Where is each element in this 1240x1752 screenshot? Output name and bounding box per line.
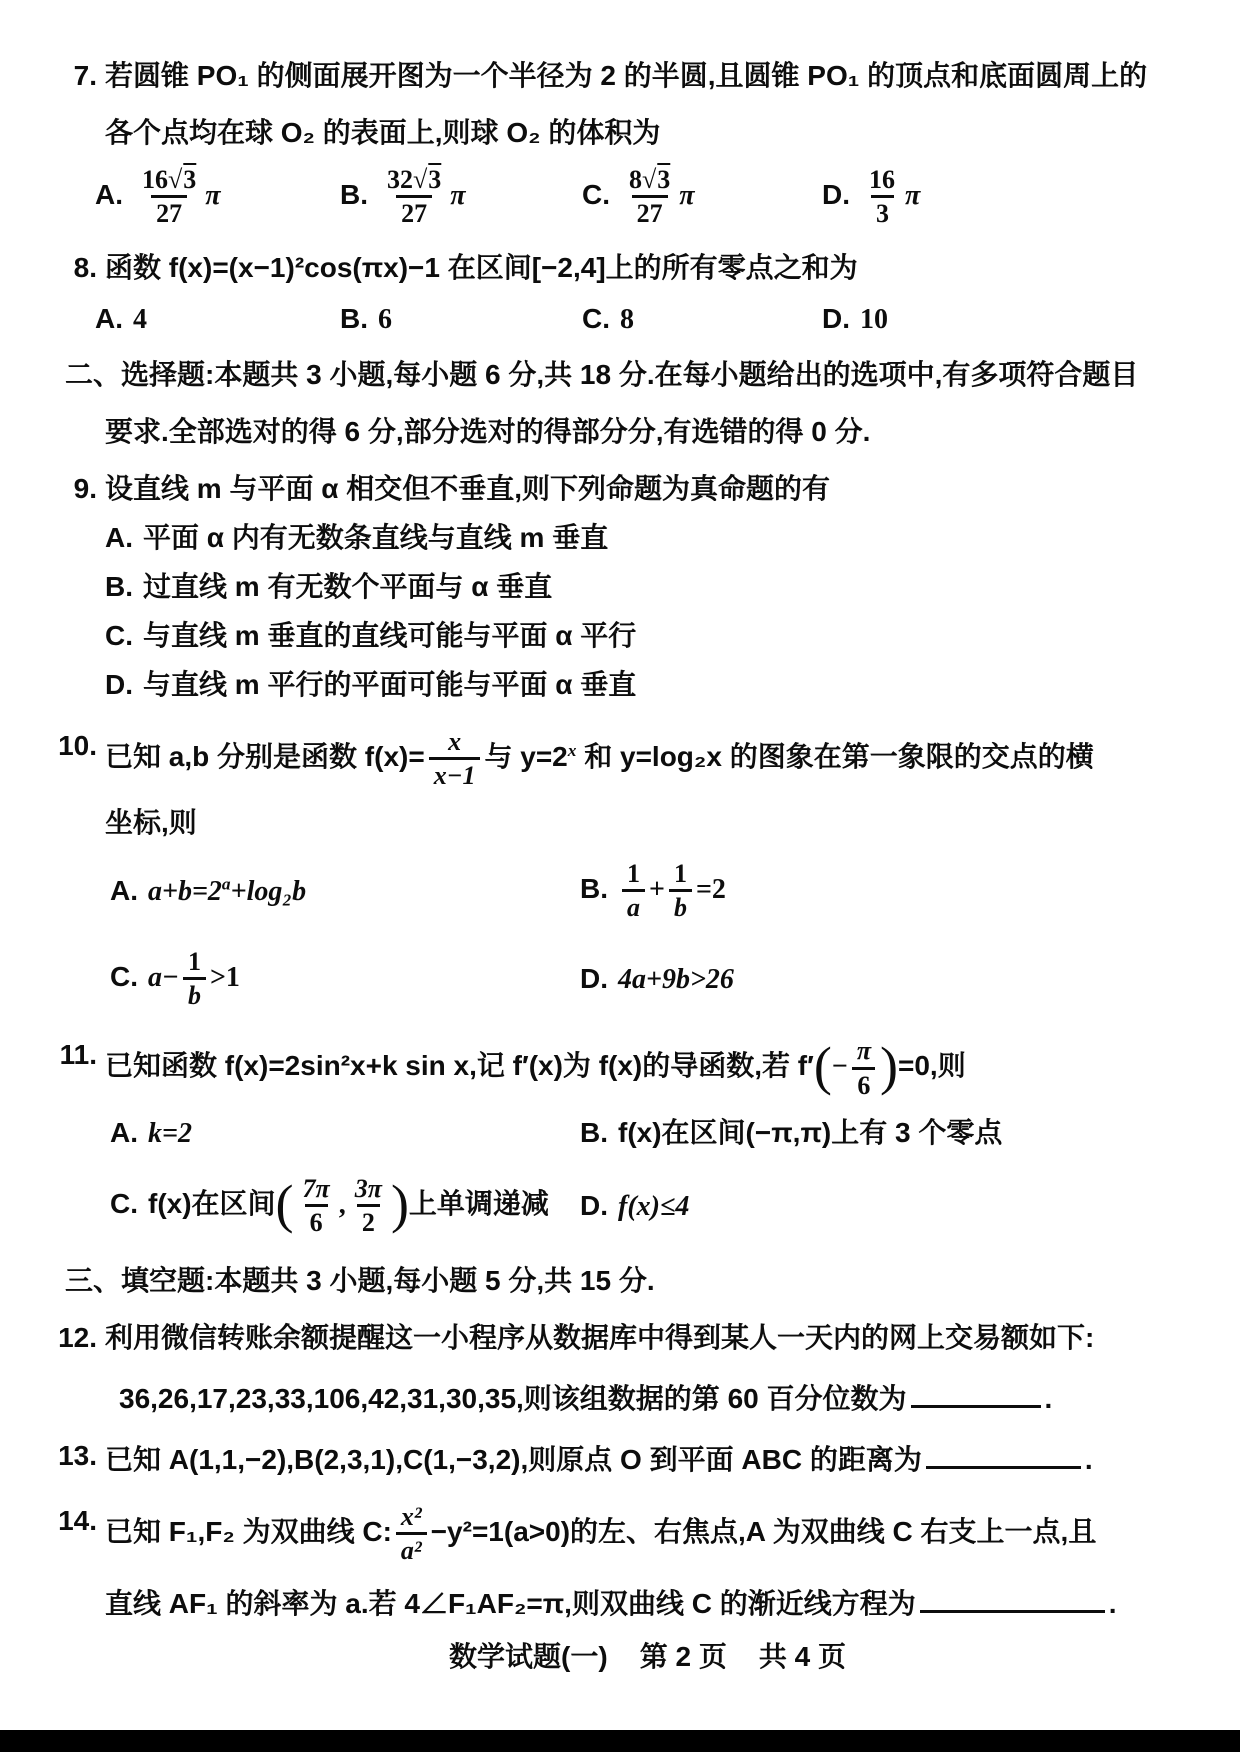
q11-stem-fraction: π6: [852, 1037, 876, 1099]
q11-options-row1: A.k=2 B.f(x)在区间(−π,π)上有 3 个零点: [110, 1115, 1190, 1151]
q8-text: 函数 f(x)=(x−1)²cos(πx)−1 在区间[−2,4]上的所有零点之…: [105, 252, 858, 283]
footer-page: 第 2 页: [640, 1641, 727, 1672]
q10-stem: 10.已知 a,b 分别是函数 f(x)=xx−1与 y=2x 和 y=log₂…: [105, 728, 1190, 790]
section2-header-line2: 要求.全部选对的得 6 分,部分选对的得部分分,有选错的得 0 分.: [105, 414, 1190, 449]
q10-number: 10.: [58, 728, 97, 763]
q8-option-c: C.8: [582, 301, 822, 337]
q10-stem-line2: 坐标,则: [105, 805, 1190, 840]
q8-line: 8.函数 f(x)=(x−1)²cos(πx)−1 在区间[−2,4]上的所有零…: [105, 250, 1190, 285]
q9-option-c: C.与直线 m 垂直的直线可能与平面 α 平行: [105, 618, 1190, 653]
q10-options-row2: C.a−1b>1 D.4a+9b>26: [110, 948, 1190, 1010]
q9-option-d: D.与直线 m 平行的平面可能与平面 α 垂直: [105, 667, 1190, 702]
q14-answer-blank: [920, 1582, 1105, 1613]
q7-text-line2: 各个点均在球 O₂ 的表面上,则球 O₂ 的体积为: [105, 117, 660, 148]
exam-content: 7.若圆锥 PO₁ 的侧面展开图为一个半径为 2 的半圆,且圆锥 PO₁ 的顶点…: [0, 0, 1240, 1674]
q9-text: 设直线 m 与平面 α 相交但不垂直,则下列命题为真命题的有: [105, 473, 830, 504]
q12-line2: 36,26,17,23,33,106,42,31,30,35,则该组数据的第 6…: [119, 1377, 1190, 1416]
q13-number: 13.: [58, 1438, 97, 1473]
q7-option-d-label: D.: [822, 179, 850, 210]
q7-option-c-label: C.: [582, 179, 610, 210]
q7-number: 7.: [74, 58, 97, 93]
footer-total: 共 4 页: [759, 1641, 846, 1672]
q11-option-a: A.k=2: [110, 1115, 580, 1151]
q8-option-a: A.4: [95, 301, 340, 337]
q9-option-a: A.平面 α 内有无数条直线与直线 m 垂直: [105, 520, 1190, 555]
q7-option-d-fraction: 163: [864, 166, 901, 228]
q7-option-a: A.16√327π: [95, 166, 340, 228]
q8-option-d: D.10: [822, 301, 888, 337]
q7-options: A.16√327π B.32√327π C.8√327π D.163π: [95, 166, 1190, 228]
q9-stem: 9.设直线 m 与平面 α 相交但不垂直,则下列命题为真命题的有: [105, 471, 1190, 506]
q7-text-line1: 若圆锥 PO₁ 的侧面展开图为一个半径为 2 的半圆,且圆锥 PO₁ 的顶点和底…: [105, 60, 1147, 91]
q8-number: 8.: [74, 250, 97, 285]
q7-option-d-pi: π: [905, 180, 920, 211]
q11-options-row2: C.f(x)在区间(7π6,3π2)上单调递减 D.f(x)≤4: [110, 1175, 1190, 1237]
q13-answer-blank: [926, 1438, 1081, 1469]
q8-option-b: B.6: [340, 301, 582, 337]
scan-edge-bar: [0, 1730, 1240, 1752]
q11-stem: 11.已知函数 f(x)=2sin²x+k sin x,记 f′(x)为 f(x…: [105, 1037, 1190, 1099]
q8-options: A.4 B.6 C.8 D.10: [95, 301, 1190, 337]
q7-option-d: D.163π: [822, 166, 920, 228]
q7-option-c-pi: π: [679, 180, 694, 211]
q7-option-c: C.8√327π: [582, 166, 822, 228]
q7-option-a-label: A.: [95, 179, 123, 210]
q10-option-d: D.4a+9b>26: [580, 961, 734, 997]
section3-header: 三、填空题:本题共 3 小题,每小题 5 分,共 15 分.: [65, 1263, 1190, 1298]
footer-title: 数学试题(一): [449, 1641, 608, 1672]
q9-number: 9.: [74, 471, 97, 506]
q7-option-b-pi: π: [450, 180, 465, 211]
q7-line1: 7.若圆锥 PO₁ 的侧面展开图为一个半径为 2 的半圆,且圆锥 PO₁ 的顶点…: [105, 58, 1190, 93]
q7-option-b-fraction: 32√327: [382, 166, 446, 228]
q11-left-paren: (: [814, 1036, 832, 1096]
q13-line: 13.已知 A(1,1,−2),B(2,3,1),C(1,−3,2),则原点 O…: [105, 1438, 1190, 1477]
q11-right-paren: ): [880, 1036, 898, 1096]
q7-option-b-label: B.: [340, 179, 368, 210]
q10-option-b: B.1a+1b=2: [580, 860, 726, 922]
q14-line2: 直线 AF₁ 的斜率为 a.若 4∠F₁AF₂=π,则双曲线 C 的渐近线方程为…: [105, 1582, 1190, 1621]
q11-option-c: C.f(x)在区间(7π6,3π2)上单调递减: [110, 1175, 580, 1237]
q12-line1: 12.利用微信转账余额提醒这一小程序从数据库中得到某人一天内的网上交易额如下:: [105, 1320, 1190, 1355]
q7-option-b: B.32√327π: [340, 166, 582, 228]
section2-header-line1: 二、选择题:本题共 3 小题,每小题 6 分,共 18 分.在每小题给出的选项中…: [65, 357, 1190, 392]
q7-option-c-fraction: 8√327: [624, 166, 675, 228]
q14-number: 14.: [58, 1503, 97, 1538]
q14-line1: 14.已知 F₁,F₂ 为双曲线 C:x²a²−y²=1(a>0)的左、右焦点,…: [105, 1503, 1190, 1565]
q7-line2: 各个点均在球 O₂ 的表面上,则球 O₂ 的体积为: [105, 115, 1190, 150]
q12-number: 12.: [58, 1320, 97, 1355]
q12-answer-blank: [911, 1377, 1041, 1408]
q7-option-a-pi: π: [205, 180, 220, 211]
q11-option-d: D.f(x)≤4: [580, 1188, 689, 1224]
q7-option-a-fraction: 16√327: [137, 166, 201, 228]
q9-option-b: B.过直线 m 有无数个平面与 α 垂直: [105, 569, 1190, 604]
q11-number: 11.: [60, 1037, 97, 1072]
q11-option-b: B.f(x)在区间(−π,π)上有 3 个零点: [580, 1115, 1002, 1150]
q10-option-c: C.a−1b>1: [110, 948, 580, 1010]
exam-page: 7.若圆锥 PO₁ 的侧面展开图为一个半径为 2 的半圆,且圆锥 PO₁ 的顶点…: [0, 0, 1240, 1752]
page-footer: 数学试题(一)第 2 页共 4 页: [105, 1639, 1190, 1674]
q10-options-row1: A.a+b=2a+log₂b B.1a+1b=2: [110, 860, 1190, 922]
q10-stem-fraction: xx−1: [429, 728, 481, 790]
q14-fraction: x²a²: [396, 1503, 427, 1565]
q10-option-a: A.a+b=2a+log₂b: [110, 873, 580, 909]
